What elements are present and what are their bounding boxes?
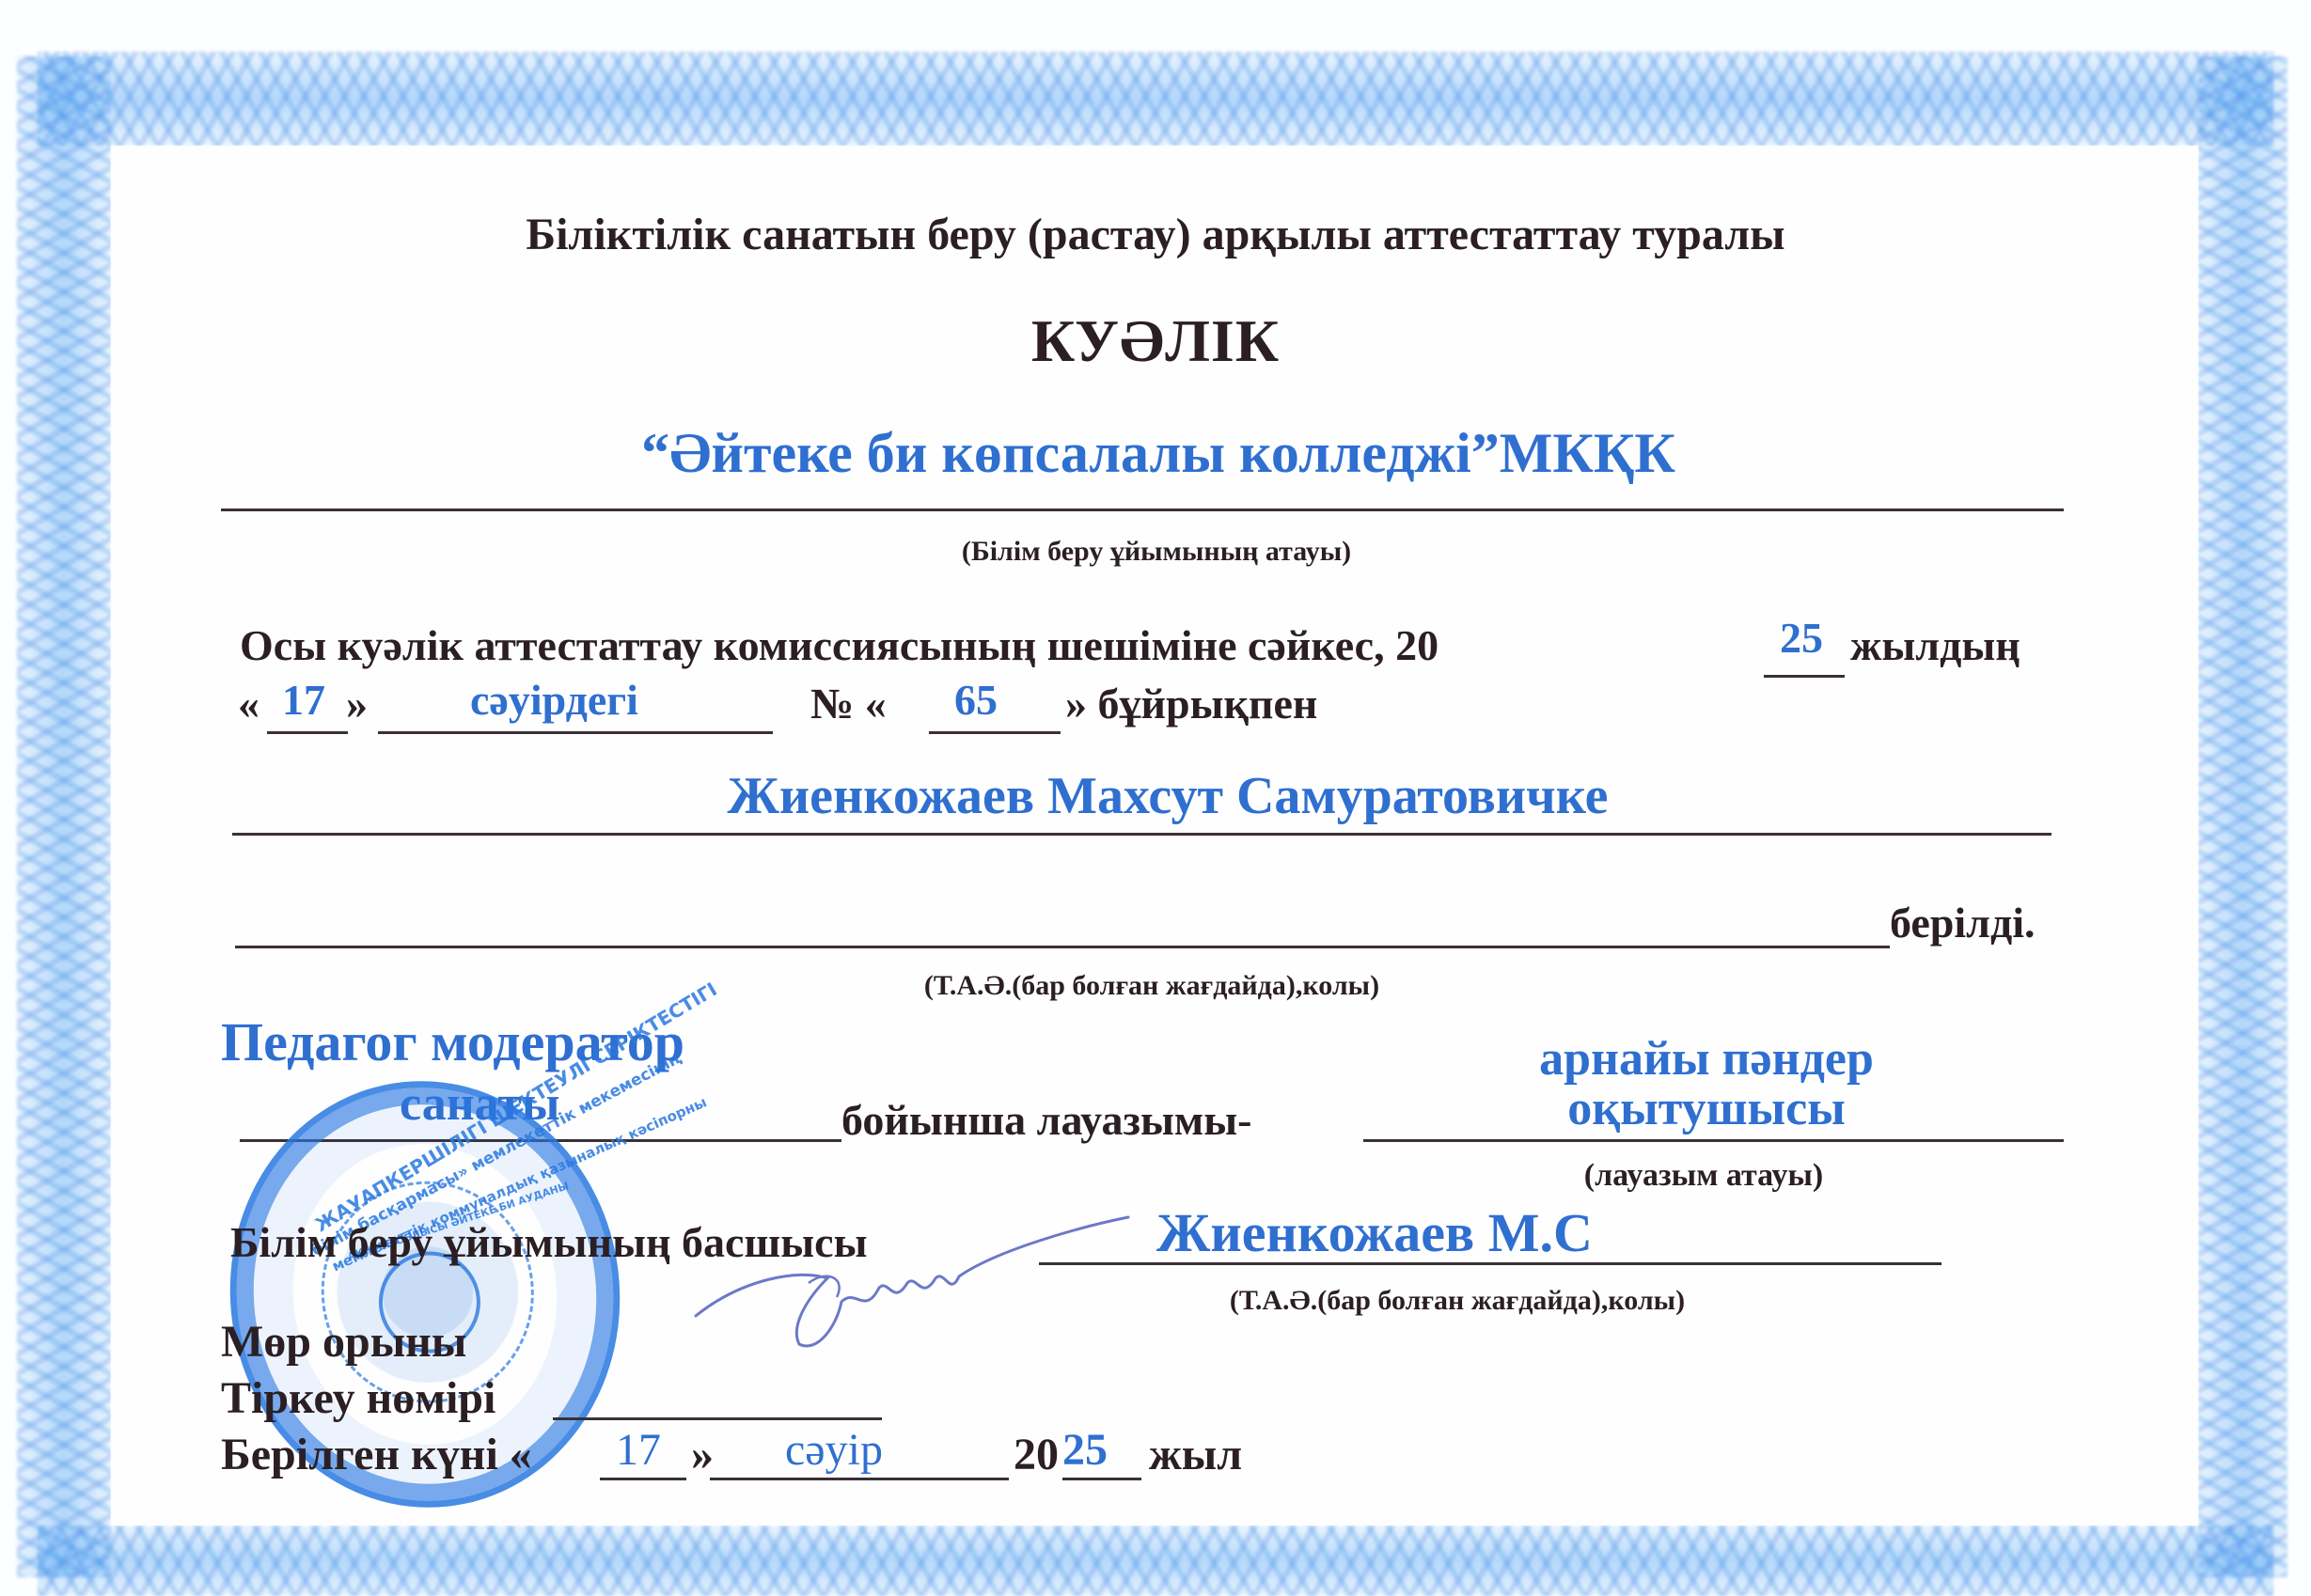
order-number: 65 xyxy=(954,675,998,725)
position-line-1: арнайы пәндер xyxy=(1539,1031,1874,1087)
head-name: Жиенкожаев М.С xyxy=(1156,1201,1593,1264)
recipient-underline-1 xyxy=(232,833,2052,836)
registration-number-field xyxy=(553,1417,882,1420)
decision-year-suffix: жылдың xyxy=(1850,620,2020,670)
organization-caption: (Білім беру ұйымының атауы) xyxy=(962,536,1351,568)
recipient-underline-2 xyxy=(235,946,1890,948)
issue-month: сәуір xyxy=(785,1424,883,1476)
issue-close-quote: » xyxy=(691,1429,714,1480)
head-underline xyxy=(1039,1262,1942,1265)
order-close-quote: » xyxy=(346,679,368,728)
head-caption: (Т.А.Ә.(бар болған жағдайда),колы) xyxy=(1230,1285,1685,1317)
position-caption: (лауазым атауы) xyxy=(1584,1158,1823,1194)
issue-day: 17 xyxy=(616,1424,661,1476)
issued-word: берілді. xyxy=(1890,898,2036,947)
issue-day-underline xyxy=(600,1478,686,1480)
issue-year-prefix: 20 xyxy=(1014,1429,1059,1480)
order-day: 17 xyxy=(282,675,325,725)
decision-text: Осы куәлік аттестаттау комиссиясының шеш… xyxy=(240,620,1438,670)
certificate-subtitle: Біліктілік санатын беру (растау) арқылы … xyxy=(526,209,1784,260)
decision-year: 25 xyxy=(1780,613,1823,663)
border-right-ornament xyxy=(2198,56,2287,1577)
order-month: сәуірдегі xyxy=(470,675,638,725)
signature-icon xyxy=(686,1213,1138,1363)
order-day-underline xyxy=(267,731,348,734)
category-suffix: бойынша лауазымы- xyxy=(841,1095,1251,1145)
issue-year-underline xyxy=(1062,1478,1141,1480)
order-number-suffix: » бұйрықпен xyxy=(1065,679,1317,728)
certificate-title: КУӘЛІК xyxy=(1031,306,1280,376)
issue-year-suffix: жыл xyxy=(1149,1429,1242,1480)
recipient-caption: (Т.А.Ә.(бар болған жағдайда),колы) xyxy=(924,970,1379,1002)
border-top-ornament xyxy=(38,52,2273,146)
registration-label: Тіркеу нөмірі xyxy=(221,1372,495,1424)
order-number-underline xyxy=(929,731,1061,734)
recipient-name: Жиенкожаев Махсут Самуратовичке xyxy=(728,766,1609,826)
border-left-ornament xyxy=(17,56,111,1577)
position-underline xyxy=(1363,1139,2064,1142)
organization-underline xyxy=(221,509,2064,511)
issue-month-underline xyxy=(710,1478,1009,1480)
border-bottom-ornament xyxy=(38,1526,2273,1596)
decision-year-underline xyxy=(1764,675,1845,678)
order-number-prefix: № « xyxy=(810,679,887,728)
order-open-quote: « xyxy=(238,679,259,728)
order-month-underline xyxy=(378,731,773,734)
issue-date-label: Берілген күні « xyxy=(221,1429,532,1480)
organization-name: “Әйтеке би көпсалалы колледжі”МКҚК xyxy=(641,421,1675,486)
position-line-2: оқытушысы xyxy=(1567,1081,1846,1136)
seal-place-label: Мөр орыны xyxy=(221,1316,466,1368)
issue-year: 25 xyxy=(1062,1424,1108,1476)
